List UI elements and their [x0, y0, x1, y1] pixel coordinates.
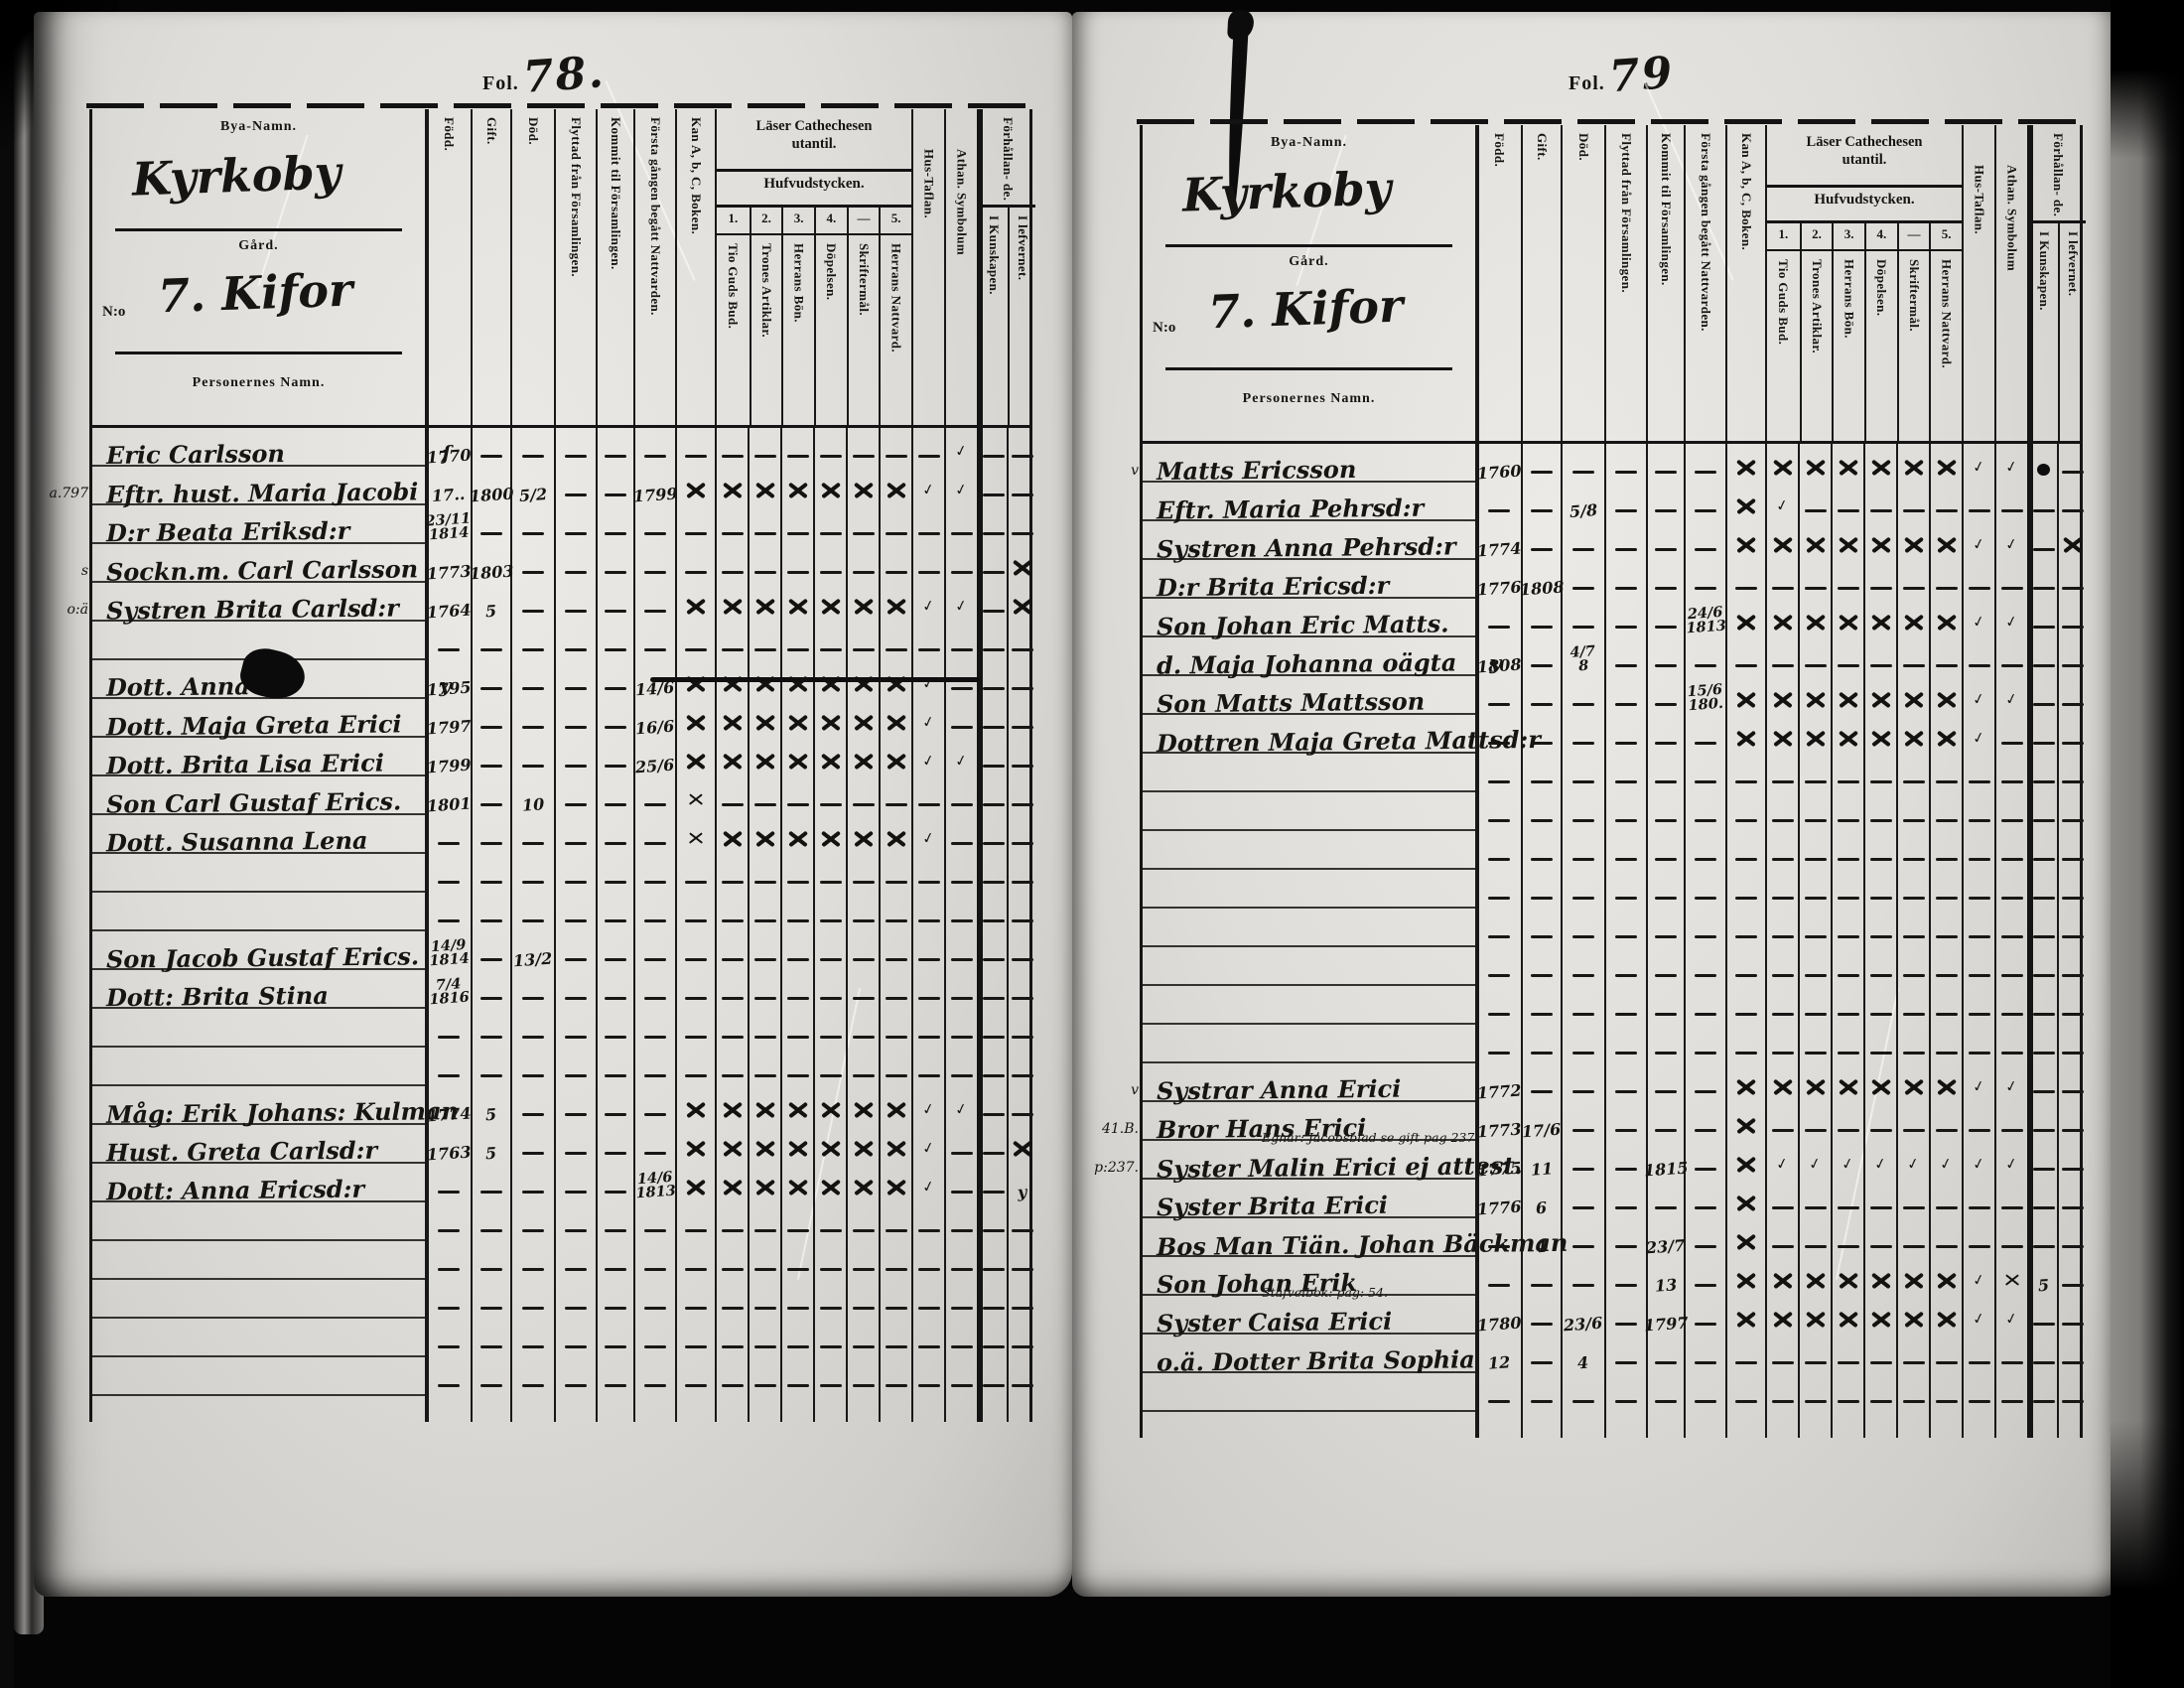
cell-c3 [1831, 1063, 1863, 1102]
cell-kunskap [977, 1357, 1007, 1396]
dash-mark [1531, 897, 1553, 901]
cross-mark [1736, 1232, 1756, 1252]
cell-fodd [1475, 909, 1521, 947]
dash-mark [2062, 1129, 2084, 1133]
cell-fodd: 23/11 1814 [425, 505, 471, 544]
cell-forsta [1684, 1257, 1725, 1296]
dash-mark [754, 1229, 776, 1233]
person-name-cell [1143, 1373, 1475, 1412]
dash-mark [685, 958, 707, 962]
column-label-kanabc: Kan A, b, C, Boken. [1739, 125, 1753, 441]
cell-c5 [846, 622, 879, 660]
dash-mark [605, 919, 626, 923]
cell-kommit [596, 1164, 633, 1202]
cell-kommit [596, 815, 633, 854]
dash-mark [1903, 1400, 1925, 1404]
cell-gift [1521, 986, 1561, 1025]
cell-forsta [1684, 1102, 1725, 1141]
cross-mark [1806, 613, 1826, 633]
dash-mark [1805, 819, 1827, 823]
cell-c3 [780, 776, 813, 815]
cell-kunskap [977, 699, 1007, 738]
person-name-handwritten: Eric Carlsson [106, 439, 285, 470]
handwritten-value: 1764 [426, 602, 471, 620]
cell-c3 [1831, 1296, 1863, 1335]
dash-mark [2062, 1361, 2084, 1365]
cell-c3 [780, 505, 813, 544]
cell-forsta [633, 893, 675, 931]
cross-mark [887, 713, 906, 733]
dash-mark [1655, 587, 1677, 591]
cell-gift [1521, 1335, 1561, 1373]
person-name-cell: d. Maja Johanna oägtay [1143, 637, 1475, 676]
cell-flyttad [1604, 483, 1646, 521]
cell-kommit [596, 428, 633, 467]
cell-hus: ✓ [911, 1125, 944, 1164]
cell-c4 [813, 428, 846, 467]
cell-flyttad [1604, 1335, 1646, 1373]
dash-mark [438, 842, 460, 846]
dash-mark [1838, 897, 1859, 901]
person-name-handwritten: Dott. Susanna Lena [106, 826, 368, 858]
light-cross-mark [686, 790, 706, 810]
cell-dod [1561, 831, 1604, 870]
catechism-label-1: Tio Guds Bud. [1777, 251, 1791, 441]
cross-mark [1871, 729, 1891, 749]
dash-mark [1488, 509, 1510, 513]
stub-cell [715, 1396, 748, 1422]
dash-mark [565, 493, 587, 497]
cell-flyttad [1604, 1257, 1646, 1296]
dash-mark [886, 997, 907, 1001]
dash-mark [886, 881, 907, 885]
dash-mark [644, 1113, 666, 1117]
dash-mark [1695, 1284, 1716, 1288]
dash-mark [1531, 1323, 1553, 1327]
dash-mark [1695, 587, 1716, 591]
cross-mark [1839, 535, 1858, 555]
dash-mark [787, 532, 809, 536]
cell-c5 [1896, 1296, 1929, 1335]
cross-mark [1806, 690, 1826, 710]
cell-fodd [1475, 754, 1521, 792]
cross-mark [1736, 1194, 1756, 1213]
cell-kommit [596, 776, 633, 815]
forhallande-label-wrap: Förhållan- de. [980, 109, 1035, 208]
cell-kommit [596, 1357, 633, 1396]
dash-mark [685, 1384, 707, 1388]
dash-mark [1969, 1129, 1990, 1133]
cell-dod [510, 505, 554, 544]
person-name-handwritten: Syster Malin Erici ej attest. [1157, 1151, 1523, 1184]
cell-forsta [1684, 1218, 1725, 1257]
cell-c4 [1863, 560, 1896, 599]
dash-mark [1012, 1384, 1033, 1388]
dash-mark [722, 1307, 744, 1311]
cell-gift [1521, 599, 1561, 637]
dash-mark [1735, 974, 1757, 978]
cell-kunskap [977, 1009, 1007, 1048]
cell-c3 [1831, 1335, 1863, 1373]
cell-lefvernet [1007, 583, 1035, 622]
cell-athan [944, 505, 977, 544]
cell-kommit [1646, 560, 1684, 599]
cell-c6 [1929, 1063, 1962, 1102]
cell-lefvernet [1007, 931, 1035, 970]
cell-c1 [715, 699, 748, 738]
cell-kunskap [977, 1280, 1007, 1319]
cell-c3 [1831, 715, 1863, 754]
folio-number: Fol.78. [482, 50, 605, 100]
dash-mark [1870, 1052, 1892, 1055]
dash-mark [820, 1384, 842, 1388]
cross-mark [887, 752, 906, 772]
dash-mark [918, 1074, 940, 1078]
handwritten-value: 1799 [426, 757, 471, 774]
dash-mark [2062, 858, 2084, 862]
cross-mark [1839, 1310, 1858, 1330]
cell-gift [471, 505, 510, 544]
cell-c4 [1863, 599, 1896, 637]
cell-c2 [1798, 1063, 1831, 1102]
stub-cell [425, 1396, 471, 1422]
cell-kunskap [977, 1164, 1007, 1202]
cell-forsta: 25/6 [633, 738, 675, 776]
cross-mark [821, 1100, 841, 1120]
person-name-cell [92, 1357, 425, 1396]
cell-kunskap [2027, 1025, 2057, 1063]
dash-mark [685, 1307, 707, 1311]
dash-mark [644, 455, 666, 459]
dash-mark [1615, 1129, 1637, 1133]
gard-number-handwritten: 7. Kifor [1207, 279, 1404, 340]
cell-hus: ✓ [1962, 1063, 1994, 1102]
dash-mark [1695, 974, 1716, 978]
cell-dod [510, 583, 554, 622]
dash-mark [853, 1036, 875, 1040]
catechism-label-6: Herrans Nattvard. [889, 235, 903, 425]
margin-note: v [1091, 1082, 1139, 1098]
dash-mark [565, 997, 587, 1001]
dash-mark [1695, 1400, 1716, 1404]
column-line-stubs [1143, 1412, 2080, 1438]
cell-c4 [813, 544, 846, 583]
dash-mark [1615, 664, 1637, 668]
cell-kunskap [2027, 1102, 2057, 1141]
cell-lefvernet [2057, 1102, 2086, 1141]
dash-mark [1805, 935, 1827, 939]
person-name-cell [92, 854, 425, 893]
bya-namn-label: Bya-Namn. [92, 119, 425, 135]
cell-c3 [780, 970, 813, 1009]
cell-flyttad [554, 1202, 596, 1241]
cell-dod: 13/2 [510, 931, 554, 970]
cell-c4 [1863, 715, 1896, 754]
catechism-column-3: Herrans Bön. [781, 235, 814, 425]
stub-cell [1994, 1412, 2027, 1438]
cell-c6 [1929, 1296, 1962, 1335]
stub-cell [1896, 1412, 1929, 1438]
table-row: Dott: Brita Stina7/4 1816 [92, 970, 1029, 1009]
cell-lefvernet [1007, 699, 1035, 738]
cell-kunskap [2027, 1296, 2057, 1335]
person-name-handwritten: Son Johan Eric Matts. [1157, 609, 1449, 640]
cell-flyttad [554, 544, 596, 583]
table-row [92, 1280, 1029, 1319]
cell-c6 [879, 1280, 911, 1319]
handwritten-value: 1808 [1476, 656, 1521, 674]
cell-c6 [879, 1086, 911, 1125]
person-name-handwritten: Dott: Brita Stina [106, 981, 329, 1012]
handwritten-value: 5/2 [518, 487, 547, 503]
folio-number: Fol.79 [1569, 50, 1674, 100]
dash-mark [605, 1074, 626, 1078]
cell-c5 [846, 931, 879, 970]
dash-mark [1838, 1052, 1859, 1055]
cell-c4 [813, 738, 846, 776]
book-binding-edge [0, 0, 14, 1688]
cross-mark [1773, 613, 1793, 633]
dash-mark [1838, 664, 1859, 668]
cell-lefvernet [2057, 1180, 2086, 1218]
dash-mark [605, 610, 626, 614]
dash-mark [1615, 742, 1637, 746]
cell-athan [1994, 1025, 2027, 1063]
dash-mark [605, 1384, 626, 1388]
cell-c3 [780, 1009, 813, 1048]
hufvudstycke-number: 1. [717, 208, 750, 233]
dash-mark [2033, 1245, 2055, 1249]
cell-dod: 10 [510, 776, 554, 815]
table-row: Stafvelbok: pag: 54.Syster Caisa Erici17… [1143, 1296, 2080, 1335]
handwritten-value: 1775 [1476, 1160, 1521, 1178]
cell-c3 [780, 931, 813, 970]
cell-kanabc [1725, 831, 1765, 870]
dash-mark [1936, 974, 1958, 978]
cell-flyttad [554, 505, 596, 544]
catechism-group-header: Läser Cathechesenutantil.Hufvudstycken.1… [1765, 125, 1962, 441]
cell-kanabc [675, 622, 715, 660]
dash-mark [565, 1268, 587, 1272]
cell-fodd [425, 1357, 471, 1396]
cell-gift [1521, 754, 1561, 792]
dash-mark [1838, 1013, 1859, 1017]
cell-flyttad [1604, 1141, 1646, 1180]
cell-hus [911, 776, 944, 815]
dash-mark [1838, 819, 1859, 823]
person-name-handwritten: Son Matts Mattsson [1157, 687, 1425, 719]
cell-c4 [1863, 1335, 1896, 1373]
dash-mark [1969, 1206, 1990, 1210]
cell-lefvernet [2057, 676, 2086, 715]
dash-mark [951, 997, 973, 1001]
cell-c2 [1798, 1296, 1831, 1335]
cross-mark [1806, 1310, 1826, 1330]
dash-mark [983, 803, 1005, 807]
cell-c6 [1929, 909, 1962, 947]
cell-flyttad [554, 467, 596, 505]
cell-c1 [1765, 1257, 1798, 1296]
person-name-handwritten: o.ä. Dotter Brita Sophia [1157, 1344, 1475, 1376]
dash-mark [522, 765, 544, 769]
dash-mark [1772, 587, 1794, 591]
cell-flyttad [1604, 909, 1646, 947]
column-label-i-kunskapen: I Kunskapen. [2037, 223, 2051, 441]
cell-gift [471, 738, 510, 776]
dash-mark [1695, 471, 1716, 475]
cell-athan [944, 1280, 977, 1319]
cell-c3 [780, 467, 813, 505]
cell-gift [471, 1202, 510, 1241]
dash-mark [1838, 935, 1859, 939]
dash-mark [2001, 858, 2023, 862]
cell-dod [1561, 909, 1604, 947]
cross-mark [1937, 535, 1957, 555]
cell-c4 [1863, 909, 1896, 947]
no-label: N:o [102, 304, 125, 321]
person-name-cell: Son Carl Gustaf Erics. [92, 776, 425, 815]
cell-fodd [1475, 599, 1521, 637]
cross-mark [1937, 1271, 1957, 1291]
dash-mark [685, 571, 707, 575]
column-header-forsta: Första gången begått Nattvarden. [633, 109, 675, 425]
hook-mark: ✓ [1841, 1156, 1855, 1173]
dash-mark [1735, 587, 1757, 591]
cross-mark [686, 752, 706, 772]
cell-kanabc [1725, 1102, 1765, 1141]
cell-fodd [425, 815, 471, 854]
cell-fodd: 1776 [1475, 1180, 1521, 1218]
handwritten-value: 1774 [1476, 540, 1521, 558]
cell-c3 [1831, 870, 1863, 909]
dash-mark [1903, 974, 1925, 978]
table-row [1143, 947, 2080, 986]
person-name-handwritten: Måg: Erik Johans: Kulman [106, 1096, 459, 1129]
cell-c2 [1798, 1102, 1831, 1141]
cell-kunskap [2027, 1180, 2057, 1218]
cell-kanabc [675, 970, 715, 1009]
cell-c2 [748, 428, 780, 467]
cell-forsta [1684, 637, 1725, 676]
cell-gift [471, 1009, 510, 1048]
dash-mark [2062, 1090, 2084, 1094]
cell-hus [911, 1009, 944, 1048]
cell-flyttad [1604, 754, 1646, 792]
cell-c3 [1831, 521, 1863, 560]
cell-dod: 4/7 8 [1561, 637, 1604, 676]
dash-mark [480, 881, 502, 885]
column-label-i-lefvernet: I lefvernet. [2066, 223, 2080, 441]
cell-c2 [1798, 792, 1831, 831]
dash-mark [951, 571, 973, 575]
dash-mark [644, 1345, 666, 1349]
dash-mark [1870, 897, 1892, 901]
cell-lefvernet [1007, 1125, 1035, 1164]
table-row: Eric Carlssonſ1770✓ [92, 428, 1029, 467]
table-row [92, 854, 1029, 893]
hook-mark: ✓ [2004, 614, 2019, 631]
cell-c4 [1863, 831, 1896, 870]
dash-mark [1531, 1284, 1553, 1288]
cell-c5 [846, 467, 879, 505]
dash-mark [886, 1307, 907, 1311]
cell-flyttad [1604, 792, 1646, 831]
dash-mark [1615, 626, 1637, 630]
dash-mark [2062, 587, 2084, 591]
cell-c3 [1831, 483, 1863, 521]
header-divider [1165, 367, 1451, 370]
cross-mark [755, 1139, 775, 1159]
cell-c6 [879, 776, 911, 815]
cell-kanabc [675, 544, 715, 583]
dash-mark [2001, 819, 2023, 823]
dash-mark [787, 1384, 809, 1388]
dash-mark [605, 803, 626, 807]
cell-lefvernet [1007, 660, 1035, 699]
cell-athan [944, 1241, 977, 1280]
dash-mark [1838, 858, 1859, 862]
dash-mark [1012, 493, 1033, 497]
dash-mark [1572, 1284, 1594, 1288]
cell-c5 [1896, 1063, 1929, 1102]
cell-fodd [1475, 1025, 1521, 1063]
dash-mark [754, 997, 776, 1001]
cell-kunskap [2027, 831, 2057, 870]
cell-fodd: 1763 [425, 1125, 471, 1164]
dash-mark [685, 881, 707, 885]
dash-mark [754, 648, 776, 652]
table-row: Son Johan Eric Matts.24/6 1813✓✓ [1143, 599, 2080, 637]
cell-lefvernet [1007, 815, 1035, 854]
dash-mark [685, 648, 707, 652]
dash-mark [1903, 587, 1925, 591]
cell-c5 [846, 776, 879, 815]
column-header-gift: Gift. [1521, 125, 1561, 441]
dash-mark [1615, 587, 1637, 591]
dash-mark [820, 997, 842, 1001]
dash-mark [787, 1036, 809, 1040]
dash-mark [1012, 881, 1033, 885]
cell-forsta [633, 931, 675, 970]
table-row: Son Jacob Gustaf Erics.14/9 181413/2 [92, 931, 1029, 970]
cell-athan [1994, 986, 2027, 1025]
cell-gift [1521, 870, 1561, 909]
cell-kunskap [2027, 909, 2057, 947]
cell-hus: ✓ [911, 1164, 944, 1202]
cell-kunskap [2027, 1063, 2057, 1102]
cell-gift: 1808 [1521, 560, 1561, 599]
cell-kanabc [675, 815, 715, 854]
cell-forsta [633, 1048, 675, 1086]
dash-mark [820, 532, 842, 536]
cell-fodd: 1795 [425, 660, 471, 699]
cell-c6 [879, 893, 911, 931]
handwritten-value: 14/9 1814 [428, 938, 470, 968]
cell-flyttad [1604, 947, 1646, 986]
table-row: Son Matts Mattsson15/6 180.✓✓ [1143, 676, 2080, 715]
cell-c3 [1831, 947, 1863, 986]
cell-kunskap [977, 505, 1007, 544]
cell-lefvernet [2057, 754, 2086, 792]
cell-c1 [715, 1125, 748, 1164]
cross-mark [788, 1100, 808, 1120]
cell-c4 [813, 583, 846, 622]
dash-mark [722, 648, 744, 652]
dash-mark [951, 1345, 973, 1349]
cell-c1 [1765, 1373, 1798, 1412]
cell-kommit [596, 970, 633, 1009]
dash-mark [480, 1074, 502, 1078]
